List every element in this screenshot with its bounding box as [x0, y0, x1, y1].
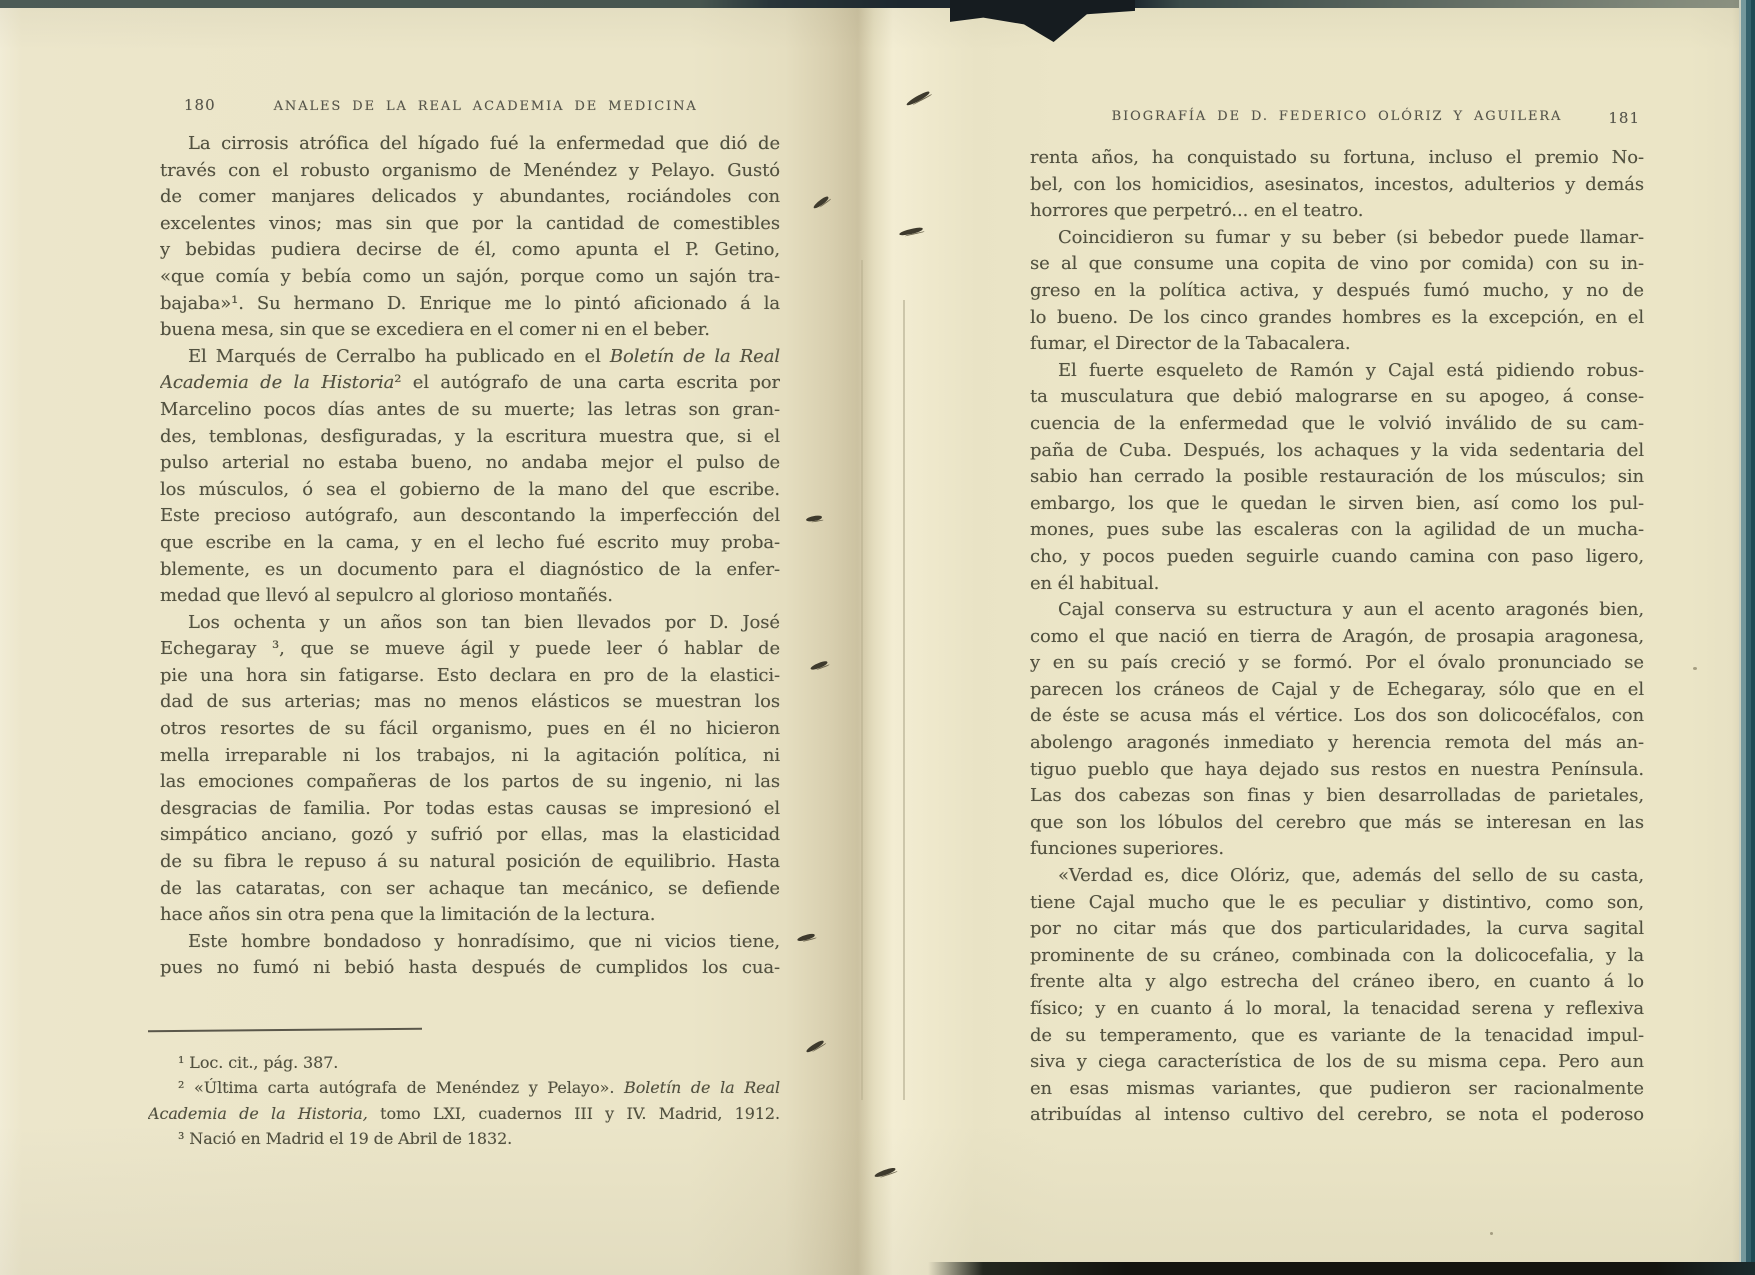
left-page-text-block: La cirrosis atrófica del hígado fué la e…: [160, 131, 780, 982]
left-text-line: otros resortes de su fácil organismo, pu…: [160, 716, 780, 743]
right-text-line: frente alta y algo estrecha del cráneo i…: [1030, 969, 1644, 996]
left-text-line: hace años sin otra pena que la limitació…: [160, 902, 780, 929]
right-text-line: de éste se acusa más el vértice. Los dos…: [1030, 703, 1644, 730]
right-text-line: funciones superiores.: [1030, 836, 1644, 863]
right-text-line: cho, y pocos pueden seguirle cuando cami…: [1030, 544, 1644, 571]
left-text-line: Academia de la Historia² el autógrafo de…: [160, 370, 780, 397]
right-text-line: lo bueno. De los cinco grandes hombres e…: [1030, 305, 1644, 332]
left-text-line: de las cataratas, con ser achaque tan me…: [160, 876, 780, 903]
right-text-line: en él habitual.: [1030, 571, 1644, 598]
right-text-line: y en su país creció y se formó. Por el ó…: [1030, 650, 1644, 677]
left-text-line: buena mesa, sin que se excediera en el c…: [160, 317, 780, 344]
right-text-line: ta musculatura que debió malograrse en s…: [1030, 384, 1644, 411]
right-page-number: 181: [1608, 109, 1640, 127]
right-text-line: Coincidieron su fumar y su beber (si beb…: [1030, 225, 1644, 252]
right-text-line: atribuídas al intenso cultivo del cerebr…: [1030, 1102, 1644, 1129]
paper-speck: [1490, 1232, 1493, 1235]
right-text-line: renta años, ha conquistado su fortuna, i…: [1030, 145, 1644, 172]
left-text-line: mella irreparable ni los trabajos, ni la…: [160, 743, 780, 770]
right-text-line: «Verdad es, dice Olóriz, que, además del…: [1030, 863, 1644, 890]
left-text-line: de comer manjares delicados y abundantes…: [160, 184, 780, 211]
left-text-line: «que comía y bebía como un sajón, porque…: [160, 264, 780, 291]
left-text-line: de su fibra le repuso á su natural posic…: [160, 849, 780, 876]
left-page-footnotes: ¹ Loc. cit., pág. 387.² «Última carta au…: [148, 1050, 780, 1152]
left-text-line: desgracias de familia. Por todas estas c…: [160, 796, 780, 823]
left-text-line: Echegaray ³, que se mueve ágil y puede l…: [160, 636, 780, 663]
left-text-line: y bebidas pudiera decirse de él, como ap…: [160, 237, 780, 264]
right-text-line: físico; y en cuanto á lo moral, la tenac…: [1030, 996, 1644, 1023]
left-page-header: 180ANALES DE LA REAL ACADEMIA DE MEDICIN…: [160, 96, 780, 118]
left-text-line: excelentes vinos; mas sin que por la can…: [160, 211, 780, 238]
right-text-line: Las dos cabezas son finas y bien desarro…: [1030, 783, 1644, 810]
left-running-title: ANALES DE LA REAL ACADEMIA DE MEDICINA: [274, 99, 698, 114]
right-page-header: BIOGRAFÍA DE D. FEDERICO OLÓRIZ Y AGUILE…: [1030, 109, 1644, 131]
left-text-line: Este precioso autógrafo, aun descontando…: [160, 503, 780, 530]
right-page-text-block: renta años, ha conquistado su fortuna, i…: [1030, 145, 1644, 1129]
right-running-title: BIOGRAFÍA DE D. FEDERICO OLÓRIZ Y AGUILE…: [1112, 109, 1563, 124]
gutter-fold-line: [861, 260, 863, 1100]
footnote-line: Academia de la Historia, tomo LXI, cuade…: [148, 1101, 780, 1126]
left-text-line: través con el robusto organismo de Menén…: [160, 158, 780, 185]
right-text-line: prominente de su cráneo, combinada con l…: [1030, 943, 1644, 970]
right-text-line: horrores que perpetró... en el teatro.: [1030, 198, 1644, 225]
left-text-line: Este hombre bondadoso y honradísimo, que…: [160, 929, 780, 956]
left-text-line: El Marqués de Cerralbo ha publicado en e…: [160, 344, 780, 371]
right-text-line: cuencia de la enfermedad que le volvió i…: [1030, 411, 1644, 438]
right-text-line: que son los lóbulos del cerebro que más …: [1030, 810, 1644, 837]
left-text-line: simpático anciano, gozó y sufrió por ell…: [160, 822, 780, 849]
left-text-line: pulso arterial no estaba bueno, no andab…: [160, 450, 780, 477]
left-text-line: pie una hora sin fatigarse. Esto declara…: [160, 663, 780, 690]
right-text-line: tiene Cajal mucho que le es peculiar y d…: [1030, 890, 1644, 917]
footnote-line: ¹ Loc. cit., pág. 387.: [148, 1050, 780, 1075]
left-text-line: des, temblonas, desfiguradas, y la escri…: [160, 424, 780, 451]
right-text-line: mones, pues sube las escaleras con la ag…: [1030, 517, 1644, 544]
left-text-line: bajaba»¹. Su hermano D. Enrique me lo pi…: [160, 291, 780, 318]
left-text-line: que escribe en la cama, y en el lecho fu…: [160, 530, 780, 557]
right-text-line: fumar, el Director de la Tabacalera.: [1030, 331, 1644, 358]
right-text-line: en esas mismas variantes, que pudieron s…: [1030, 1076, 1644, 1103]
left-text-line: Los ochenta y un años son tan bien lleva…: [160, 610, 780, 637]
scanned-book-spread: { "document_type": "scanned book spread"…: [0, 0, 1755, 1275]
right-text-line: Cajal conserva su estructura y aun el ac…: [1030, 597, 1644, 624]
right-text-line: paña de Cuba. Después, los achaques y la…: [1030, 438, 1644, 465]
left-text-line: las emociones compañeras de los partos d…: [160, 769, 780, 796]
left-text-line: dad de sus arterias; mas no menos elásti…: [160, 689, 780, 716]
book-cover-right-edge: [1739, 0, 1755, 1275]
right-text-line: se al que consume una copita de vino por…: [1030, 251, 1644, 278]
book-cover-top-edge: [0, 0, 1755, 8]
right-text-line: por no citar más que dos particularidade…: [1030, 916, 1644, 943]
right-text-line: parecen los cráneos de Cajal y de Echega…: [1030, 677, 1644, 704]
right-text-line: de su temperamento, que es variante de l…: [1030, 1023, 1644, 1050]
right-text-line: como el que nació en tierra de Aragón, d…: [1030, 624, 1644, 651]
right-text-line: bel, con los homicidios, asesinatos, inc…: [1030, 172, 1644, 199]
right-text-line: embargo, los que le quedan le sirven bie…: [1030, 491, 1644, 518]
left-text-line: medad que llevó al sepulcro al glorioso …: [160, 583, 780, 610]
left-text-line: los músculos, ó sea el gobierno de la ma…: [160, 477, 780, 504]
left-text-line: La cirrosis atrófica del hígado fué la e…: [160, 131, 780, 158]
right-text-line: siva y ciega característica de los de su…: [1030, 1049, 1644, 1076]
footnote-line: ³ Nació en Madrid el 19 de Abril de 1832…: [148, 1126, 780, 1151]
left-text-line: blemente, es un documento para el diagnó…: [160, 557, 780, 584]
left-text-line: Marcelino pocos días antes de su muerte;…: [160, 397, 780, 424]
left-page-number: 180: [184, 96, 216, 114]
left-text-line: pues no fumó ni bebió hasta después de c…: [160, 955, 780, 982]
footnote-line: ² «Última carta autógrafa de Menéndez y …: [148, 1075, 780, 1100]
right-text-line: abolengo aragonés inmediato y herencia r…: [1030, 730, 1644, 757]
paper-speck: [1693, 667, 1697, 670]
right-text-line: El fuerte esqueleto de Ramón y Cajal est…: [1030, 358, 1644, 385]
right-text-line: tiguo pueblo que haya dejado sus restos …: [1030, 757, 1644, 784]
right-text-line: greso en la política activa, y después f…: [1030, 278, 1644, 305]
right-text-line: sabio han cerrado la posible restauració…: [1030, 464, 1644, 491]
book-cover-bottom-edge: [928, 1262, 1755, 1275]
gutter-fold-line: [903, 300, 905, 1100]
